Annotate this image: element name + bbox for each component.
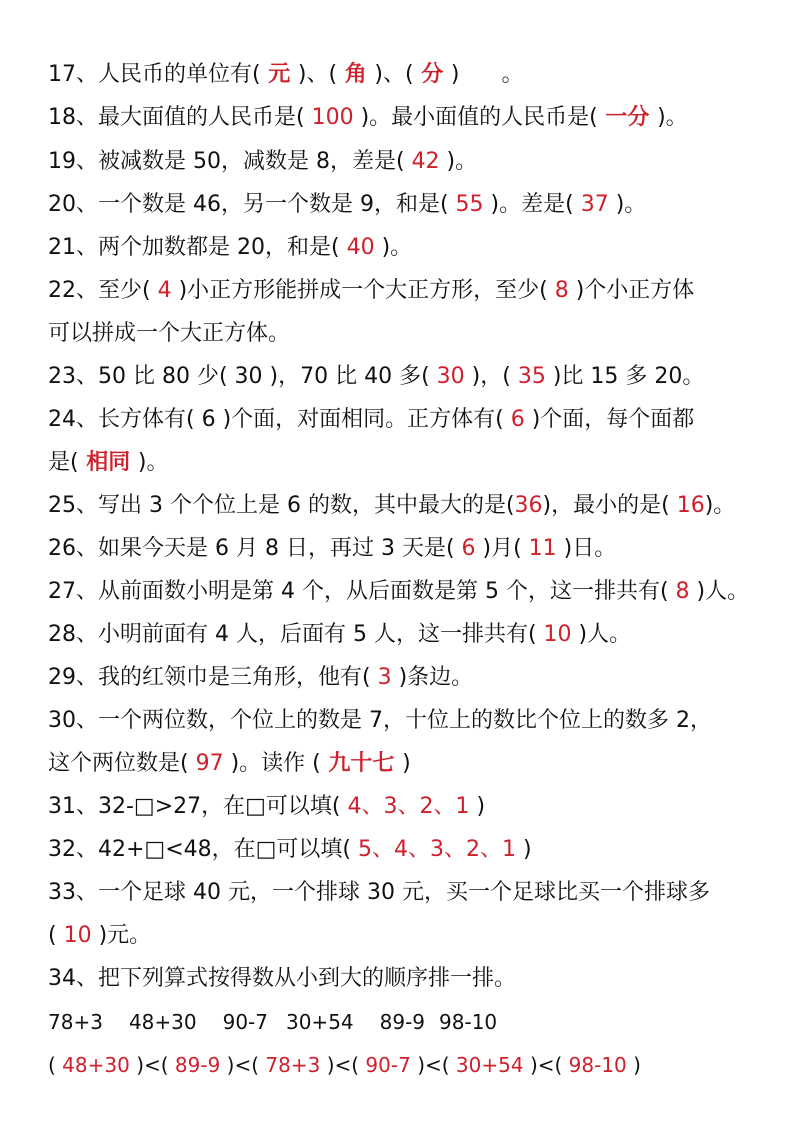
question-text: )<(	[417, 1053, 449, 1077]
question-text: )、(	[374, 62, 413, 87]
question-text: 30、一个两位数，个位上的数是 7，十位上的数比个位上的数多 2，	[48, 708, 712, 733]
question-text: )，(	[472, 364, 511, 389]
answer-1: 48+30	[56, 1053, 136, 1077]
question-text: )比 15 多 20。	[553, 364, 705, 389]
question-text: )<(	[530, 1053, 562, 1077]
question-text: )<(	[227, 1053, 259, 1077]
question-28: 28、小明前面有 4 人，后面有 5 人，这一排共有( 10 )人。	[48, 620, 631, 650]
question-text: 17、人民币的单位有(	[48, 62, 261, 87]
question-text: )。	[382, 235, 413, 260]
answer-3: 相同	[79, 450, 138, 475]
question-text: 18、最大面值的人民币是(	[48, 105, 305, 130]
question-text: 32、42+□<48，在□可以填(	[48, 837, 351, 862]
answer-1: 30	[228, 364, 270, 389]
expression: 78+3	[48, 1007, 103, 1037]
question-text: )	[633, 1053, 641, 1077]
question-text: )<(	[136, 1053, 168, 1077]
question-text: )人。	[579, 622, 632, 647]
answer-1: 100	[305, 105, 361, 130]
question-text: )。差是(	[491, 192, 574, 217]
question-text: 24、长方体有(	[48, 407, 195, 432]
question-text: 25、写出 3 个个位上是 6 的数，其中最大的是(	[48, 493, 515, 518]
question-30: 30、一个两位数，个位上的数是 7，十位上的数比个位上的数多 2，	[48, 706, 712, 736]
question-33-continued: ( 10 )元。	[48, 921, 151, 951]
answer-1: 42	[405, 149, 447, 174]
question-text: )。读作 (	[231, 751, 321, 776]
question-text: )个面，每个面都	[532, 407, 695, 432]
question-text: (	[48, 1053, 56, 1077]
answer-2: 89-9	[169, 1053, 227, 1077]
answer-2: 6	[504, 407, 532, 432]
question-text: 22、至少(	[48, 278, 151, 303]
answer-1: 4	[151, 278, 179, 303]
question-text: )，最小的是(	[543, 493, 670, 518]
question-25: 25、写出 3 个个位上是 6 的数，其中最大的是(36)，最小的是( 16)。	[48, 491, 735, 521]
question-text: 27、从前面数小明是第 4 个，从后面数是第 5 个，这一排共有(	[48, 579, 669, 604]
question-text: )。最小面值的人民币是(	[361, 105, 598, 130]
question-30-continued: 这个两位数是( 97 )。读作 ( 九十七 )	[48, 749, 411, 779]
question-text: 33、一个足球 40 元，一个排球 30 元，买一个足球比买一个排球多	[48, 880, 710, 905]
question-26: 26、如果今天是 6 月 8 日，再过 3 天是( 6 )月( 11 )日。	[48, 534, 616, 564]
question-20: 20、一个数是 46，另一个数是 9，和是( 55 )。差是( 37 )。	[48, 190, 646, 220]
expression: 90-7	[223, 1007, 268, 1037]
answer-1: 3	[371, 665, 399, 690]
answer-1: 6	[195, 407, 223, 432]
question-text: )。	[616, 192, 647, 217]
question-text: )个小正方体	[576, 278, 695, 303]
question-text: 23、50 比 80 少(	[48, 364, 228, 389]
question-text: )个面，对面相同。正方体有(	[223, 407, 504, 432]
answer-2: 8	[548, 278, 576, 303]
question-text: )月(	[483, 536, 522, 561]
question-text: )元。	[99, 923, 152, 948]
answer-2: 11	[522, 536, 564, 561]
answer-6: 98-10	[562, 1053, 633, 1077]
answer-1: 5、4、3、2、1	[351, 837, 523, 862]
question-text: )小正方形能拼成一个大正方形，至少(	[179, 278, 548, 303]
answer-3: 35	[511, 364, 553, 389]
question-text: )、(	[298, 62, 337, 87]
answer-1: 55	[449, 192, 491, 217]
answer-2: 九十七	[321, 751, 402, 776]
answer-1: 元	[261, 62, 298, 87]
question-23: 23、50 比 80 少( 30 )，70 比 40 多( 30 )，( 35 …	[48, 362, 704, 392]
question-34-answer: ( 48+30 )<( 89-9 )<( 78+3 )<( 90-7 )<( 3…	[48, 1050, 641, 1080]
question-text: )。	[657, 105, 688, 130]
question-34: 34、把下列算式按得数从小到大的顺序排一排。	[48, 964, 516, 994]
question-21: 21、两个加数都是 20，和是( 40 )。	[48, 233, 412, 263]
question-text: 20、一个数是 46，另一个数是 9，和是(	[48, 192, 449, 217]
question-text: 是(	[48, 450, 79, 475]
question-text: 29、我的红领巾是三角形，他有(	[48, 665, 371, 690]
answer-2: 37	[574, 192, 616, 217]
answer-3: 78+3	[259, 1053, 327, 1077]
answer-5: 30+54	[450, 1053, 530, 1077]
question-24-continued: 是( 相同 )。	[48, 448, 169, 478]
question-24: 24、长方体有( 6 )个面，对面相同。正方体有( 6 )个面，每个面都	[48, 405, 694, 435]
question-text: 这个两位数是(	[48, 751, 189, 776]
question-text: )。	[138, 450, 169, 475]
question-34-expressions: 78+348+3090-730+5489-998-10	[48, 1007, 523, 1037]
question-19: 19、被减数是 50，减数是 8，差是( 42 )。	[48, 147, 477, 177]
question-text: )条边。	[399, 665, 474, 690]
answer-4: 90-7	[359, 1053, 417, 1077]
question-32: 32、42+□<48，在□可以填( 5、4、3、2、1 )	[48, 835, 532, 865]
expression: 89-9	[380, 1007, 425, 1037]
question-text: )。	[447, 149, 478, 174]
answer-1: 97	[189, 751, 231, 776]
question-text: )人。	[697, 579, 750, 604]
question-text: 34、把下列算式按得数从小到大的顺序排一排。	[48, 966, 516, 991]
question-text: 可以拼成一个大正方体。	[48, 321, 290, 346]
question-text: )<(	[327, 1053, 359, 1077]
question-27: 27、从前面数小明是第 4 个，从后面数是第 5 个，这一排共有( 8 )人。	[48, 577, 749, 607]
question-text: 28、小明前面有 4 人，后面有 5 人，这一排共有(	[48, 622, 537, 647]
question-text: )	[477, 794, 486, 819]
answer-1: 4、3、2、1	[341, 794, 477, 819]
answer-2: 16	[670, 493, 705, 518]
expression: 48+30	[129, 1007, 197, 1037]
question-22-continued: 可以拼成一个大正方体。	[48, 319, 290, 349]
answer-1: 10	[537, 622, 579, 647]
answer-3: 分	[414, 62, 451, 87]
answer-1: 10	[57, 923, 99, 948]
question-33: 33、一个足球 40 元，一个排球 30 元，买一个足球比买一个排球多	[48, 878, 710, 908]
question-text: )	[402, 751, 411, 776]
answer-1: 8	[669, 579, 697, 604]
question-text: 31、32-□>27，在□可以填(	[48, 794, 341, 819]
answer-2: 30	[430, 364, 472, 389]
question-18: 18、最大面值的人民币是( 100 )。最小面值的人民币是( 一分 )。	[48, 103, 688, 133]
answer-2: 一分	[598, 105, 657, 130]
answer-1: 40	[340, 235, 382, 260]
question-text: )。	[705, 493, 736, 518]
question-text: )	[523, 837, 532, 862]
question-text: )，70 比 40 多(	[270, 364, 430, 389]
question-17: 17、人民币的单位有( 元 )、( 角 )、( 分 ) 。	[48, 60, 523, 90]
question-text: )日。	[564, 536, 617, 561]
question-31: 31、32-□>27，在□可以填( 4、3、2、1 )	[48, 792, 485, 822]
question-text: ) 。	[451, 62, 524, 87]
question-text: 21、两个加数都是 20，和是(	[48, 235, 340, 260]
question-text: (	[48, 923, 57, 948]
question-22: 22、至少( 4 )小正方形能拼成一个大正方形，至少( 8 )个小正方体	[48, 276, 694, 306]
question-text: 19、被减数是 50，减数是 8，差是(	[48, 149, 405, 174]
answer-2: 角	[337, 62, 374, 87]
expression: 98-10	[439, 1007, 497, 1037]
question-text: 26、如果今天是 6 月 8 日，再过 3 天是(	[48, 536, 455, 561]
answer-1: 6	[455, 536, 483, 561]
expression: 30+54	[286, 1007, 354, 1037]
question-29: 29、我的红领巾是三角形，他有( 3 )条边。	[48, 663, 473, 693]
answer-1: 36	[515, 493, 543, 518]
worksheet-page: 17、人民币的单位有( 元 )、( 角 )、( 分 ) 。 18、最大面值的人民…	[0, 0, 793, 1121]
